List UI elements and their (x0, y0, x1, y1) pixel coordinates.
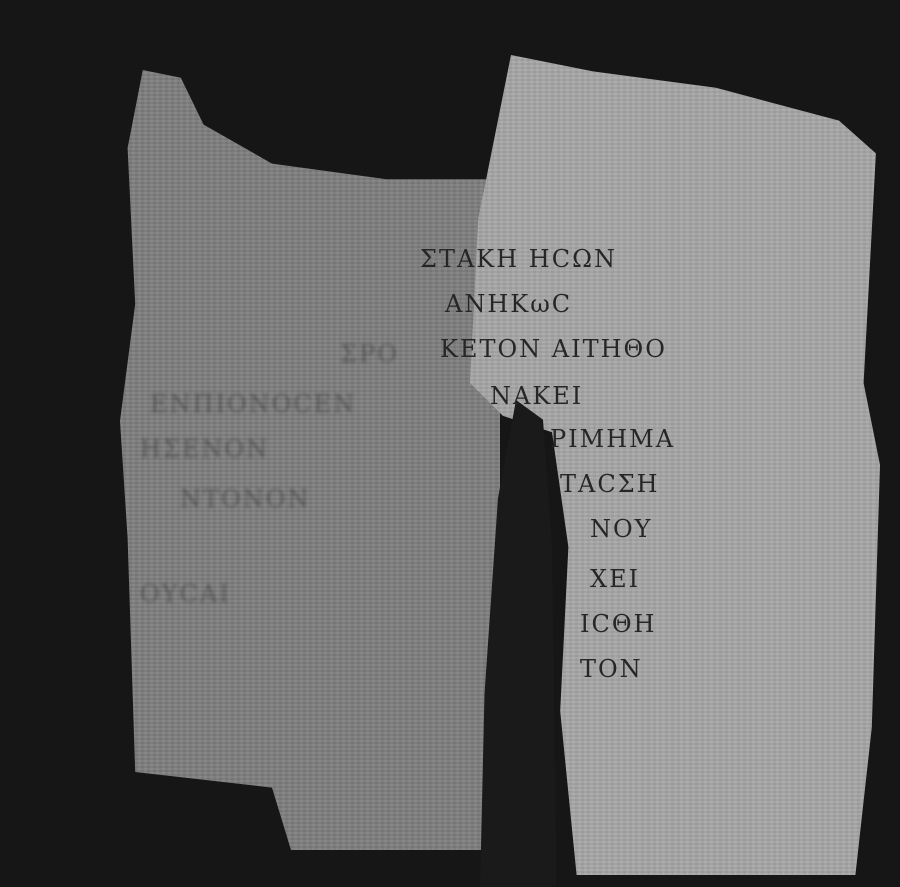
text-line: ΚΕΤΟΝ ΑΙΤΗΘΟ (440, 335, 667, 363)
text-line: ΤΟΝ (580, 655, 643, 683)
text-line-faint: ΝΤΟΝΟΝ (180, 485, 310, 513)
text-line: ΑΝΗΚωC (445, 290, 572, 318)
text-line: ΤΑCΣΗ (560, 470, 660, 498)
text-line: ΧΕΙ (590, 565, 640, 593)
text-line-faint: ΟΥCΑΙ (140, 580, 231, 608)
text-line-faint: ΣΡΟ (340, 340, 399, 368)
text-line: ΝΟΥ (590, 515, 653, 543)
text-line: ΡΙΜΗΜΑ (550, 425, 675, 453)
text-line: ΣΤΑΚΗ ΗCΩΝ (420, 245, 617, 273)
text-line-faint: ΕΝΠΙΟΝΟCΕΝ (150, 390, 356, 418)
text-line-faint: ΗΣΕΝΟΝ (140, 435, 269, 463)
text-line: ΝΑΚΕΙ (490, 382, 583, 410)
text-line: ΙCΘΗ (580, 610, 656, 638)
